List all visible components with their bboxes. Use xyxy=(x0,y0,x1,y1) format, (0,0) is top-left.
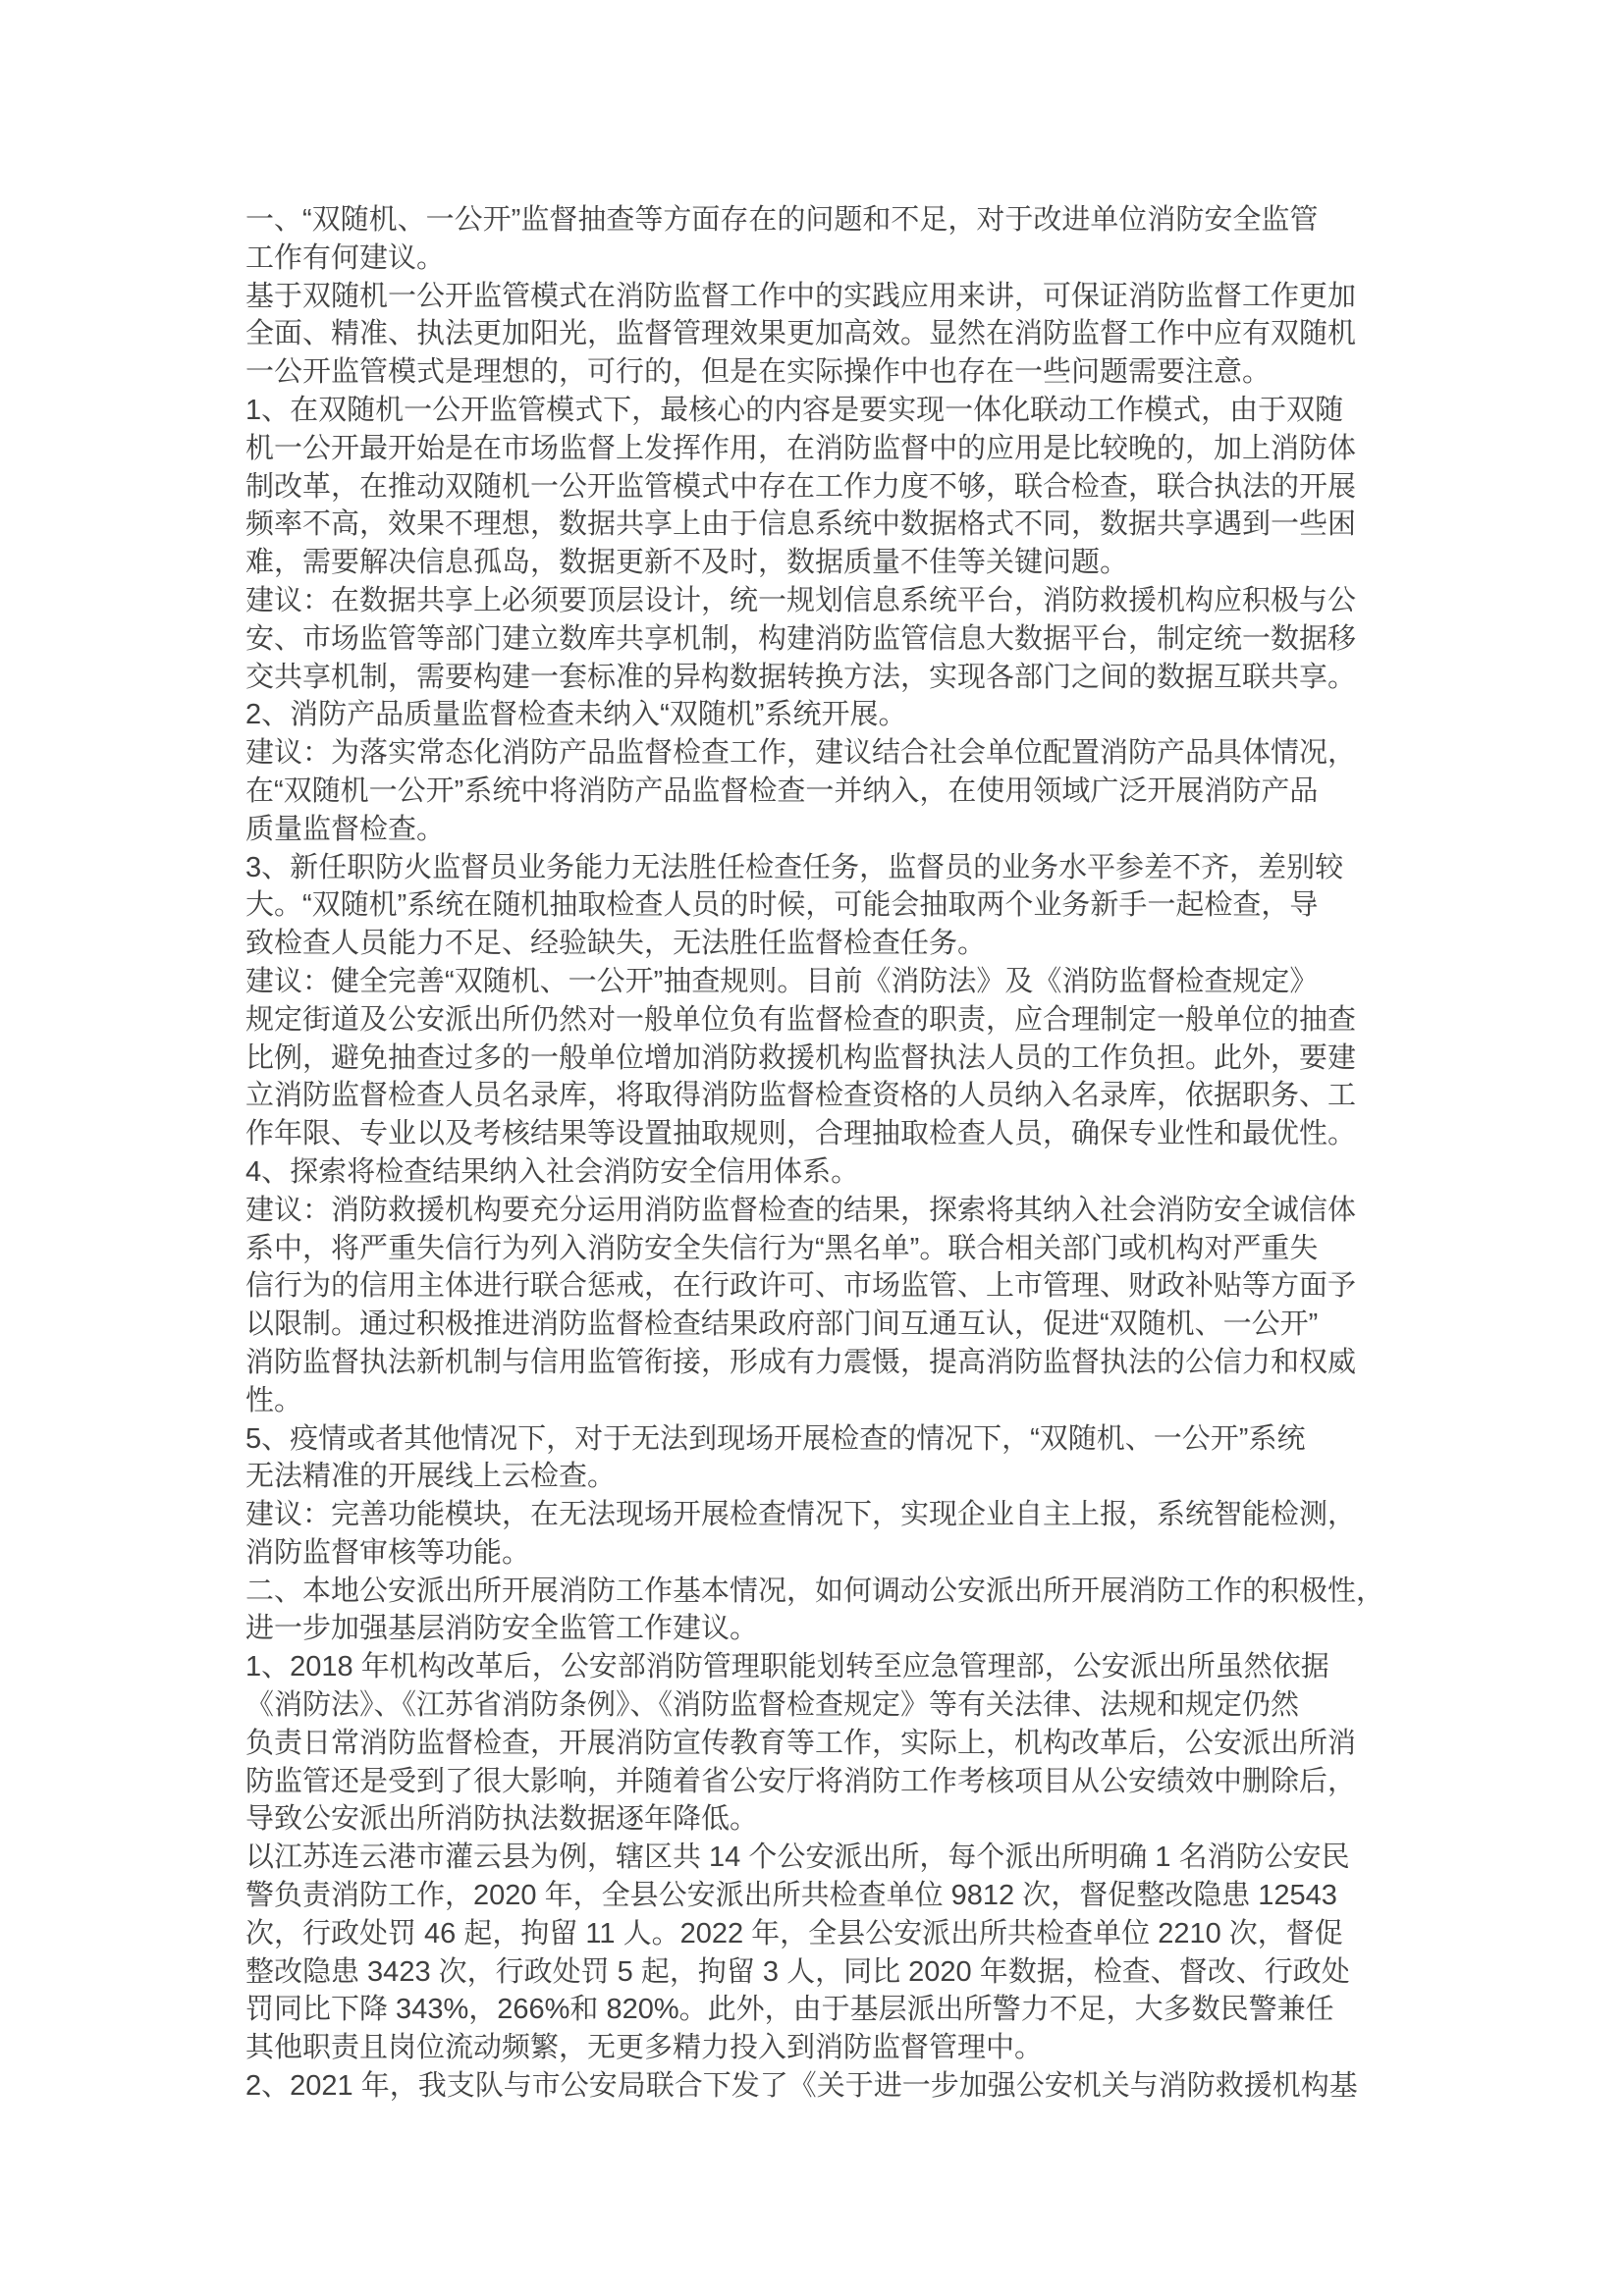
text-line: 4、探索将检查结果纳入社会消防安全信用体系。 xyxy=(245,1153,1366,1192)
text-line: 2、2021 年，我支队与市公安局联合下发了《关于进一步加强公安机关与消防救援机… xyxy=(245,2067,1366,2106)
document-body: 一、“双随机、一公开”监督抽查等方面存在的问题和不足，对于改进单位消防安全监管工… xyxy=(245,201,1366,2106)
text-line: 次，行政处罚 46 起，拘留 11 人。2022 年，全县公安派出所共检查单位 … xyxy=(245,1915,1366,1953)
text-line: 防监管还是受到了很大影响，并随着省公安厅将消防工作考核项目从公安绩效中删除后， xyxy=(245,1763,1366,1801)
text-line: 建议：在数据共享上必须要顶层设计，统一规划信息系统平台，消防救援机构应积极与公 xyxy=(245,582,1366,620)
text-line: 其他职责且岗位流动频繁，无更多精力投入到消防监督管理中。 xyxy=(245,2029,1366,2067)
text-line: 1、2018 年机构改革后，公安部消防管理职能划转至应急管理部，公安派出所虽然依… xyxy=(245,1648,1366,1686)
text-line: 频率不高，效果不理想，数据共享上由于信息系统中数据格式不同，数据共享遇到一些困 xyxy=(245,506,1366,544)
text-line: 大。“双随机”系统在随机抽取检查人员的时候，可能会抽取两个业务新手一起检查，导 xyxy=(245,886,1366,925)
text-line: 建议：为落实常态化消防产品监督检查工作，建议结合社会单位配置消防产品具体情况， xyxy=(245,734,1366,773)
text-line: 机一公开最开始是在市场监督上发挥作用，在消防监督中的应用是比较晚的，加上消防体 xyxy=(245,430,1366,468)
text-line: 以限制。通过积极推进消防监督检查结果政府部门间互通互认，促进“双随机、一公开” xyxy=(245,1306,1366,1344)
document-page: 一、“双随机、一公开”监督抽查等方面存在的问题和不足，对于改进单位消防安全监管工… xyxy=(0,0,1624,2296)
text-line: 一、“双随机、一公开”监督抽查等方面存在的问题和不足，对于改进单位消防安全监管 xyxy=(245,201,1366,240)
text-line: 二、本地公安派出所开展消防工作基本情况，如何调动公安派出所开展消防工作的积极性， xyxy=(245,1573,1366,1611)
text-line: 罚同比下降 343%，266%和 820%。此外，由于基层派出所警力不足，大多数… xyxy=(245,1991,1366,2029)
text-line: 警负责消防工作，2020 年，全县公安派出所共检查单位 9812 次，督促整改隐… xyxy=(245,1877,1366,1915)
text-line: 在“双随机一公开”系统中将消防产品监督检查一并纳入，在使用领域广泛开展消防产品 xyxy=(245,773,1366,811)
text-line: 1、在双随机一公开监管模式下，最核心的内容是要实现一体化联动工作模式，由于双随 xyxy=(245,392,1366,430)
text-line: 信行为的信用主体进行联合惩戒，在行政许可、市场监管、上市管理、财政补贴等方面予 xyxy=(245,1267,1366,1306)
text-line: 工作有何建议。 xyxy=(245,240,1366,278)
text-line: 建议：健全完善“双随机、一公开”抽查规则。目前《消防法》及《消防监督检查规定》 xyxy=(245,963,1366,1001)
text-line: 安、市场监管等部门建立数库共享机制，构建消防监管信息大数据平台，制定统一数据移 xyxy=(245,620,1366,659)
text-line: 全面、精准、执法更加阳光，监督管理效果更加高效。显然在消防监督工作中应有双随机 xyxy=(245,315,1366,353)
text-line: 5、疫情或者其他情况下，对于无法到现场开展检查的情况下，“双随机、一公开”系统 xyxy=(245,1420,1366,1459)
text-line: 难，需要解决信息孤岛，数据更新不及时，数据质量不佳等关键问题。 xyxy=(245,544,1366,582)
text-line: 规定街道及公安派出所仍然对一般单位负有监督检查的职责，应合理制定一般单位的抽查 xyxy=(245,1001,1366,1040)
text-line: 一公开监管模式是理想的，可行的，但是在实际操作中也存在一些问题需要注意。 xyxy=(245,353,1366,392)
text-line: 系中，将严重失信行为列入消防安全失信行为“黑名单”。联合相关部门或机构对严重失 xyxy=(245,1230,1366,1268)
text-line: 进一步加强基层消防安全监管工作建议。 xyxy=(245,1610,1366,1648)
text-line: 立消防监督检查人员名录库，将取得消防监督检查资格的人员纳入名录库，依据职务、工 xyxy=(245,1077,1366,1115)
text-line: 导致公安派出所消防执法数据逐年降低。 xyxy=(245,1800,1366,1839)
text-line: 《消防法》、《江苏省消防条例》、《消防监督检查规定》等有关法律、法规和规定仍然 xyxy=(245,1686,1366,1725)
text-line: 质量监督检查。 xyxy=(245,811,1366,849)
text-line: 3、新任职防火监督员业务能力无法胜任检查任务，监督员的业务水平参差不齐，差别较 xyxy=(245,849,1366,887)
text-line: 以江苏连云港市灌云县为例，辖区共 14 个公安派出所，每个派出所明确 1 名消防… xyxy=(245,1839,1366,1877)
text-line: 性。 xyxy=(245,1382,1366,1420)
text-line: 作年限、专业以及考核结果等设置抽取规则，合理抽取检查人员，确保专业性和最优性。 xyxy=(245,1115,1366,1153)
text-line: 建议：消防救援机构要充分运用消防监督检查的结果，探索将其纳入社会消防安全诚信体 xyxy=(245,1192,1366,1230)
text-line: 基于双随机一公开监管模式在消防监督工作中的实践应用来讲，可保证消防监督工作更加 xyxy=(245,278,1366,316)
text-line: 2、消防产品质量监督检查未纳入“双随机”系统开展。 xyxy=(245,696,1366,734)
text-line: 致检查人员能力不足、经验缺失，无法胜任监督检查任务。 xyxy=(245,925,1366,963)
text-line: 比例，避免抽查过多的一般单位增加消防救援机构监督执法人员的工作负担。此外，要建 xyxy=(245,1040,1366,1078)
text-line: 无法精准的开展线上云检查。 xyxy=(245,1458,1366,1496)
text-line: 整改隐患 3423 次，行政处罚 5 起，拘留 3 人，同比 2020 年数据，… xyxy=(245,1953,1366,1992)
text-line: 交共享机制，需要构建一套标准的异构数据转换方法，实现各部门之间的数据互联共享。 xyxy=(245,659,1366,697)
text-line: 制改革，在推动双随机一公开监管模式中存在工作力度不够，联合检查，联合执法的开展 xyxy=(245,468,1366,507)
text-line: 负责日常消防监督检查，开展消防宣传教育等工作，实际上，机构改革后，公安派出所消 xyxy=(245,1725,1366,1763)
text-line: 消防监督执法新机制与信用监管衔接，形成有力震慑，提高消防监督执法的公信力和权威 xyxy=(245,1344,1366,1382)
text-line: 建议：完善功能模块，在无法现场开展检查情况下，实现企业自主上报，系统智能检测， xyxy=(245,1496,1366,1534)
text-line: 消防监督审核等功能。 xyxy=(245,1534,1366,1573)
